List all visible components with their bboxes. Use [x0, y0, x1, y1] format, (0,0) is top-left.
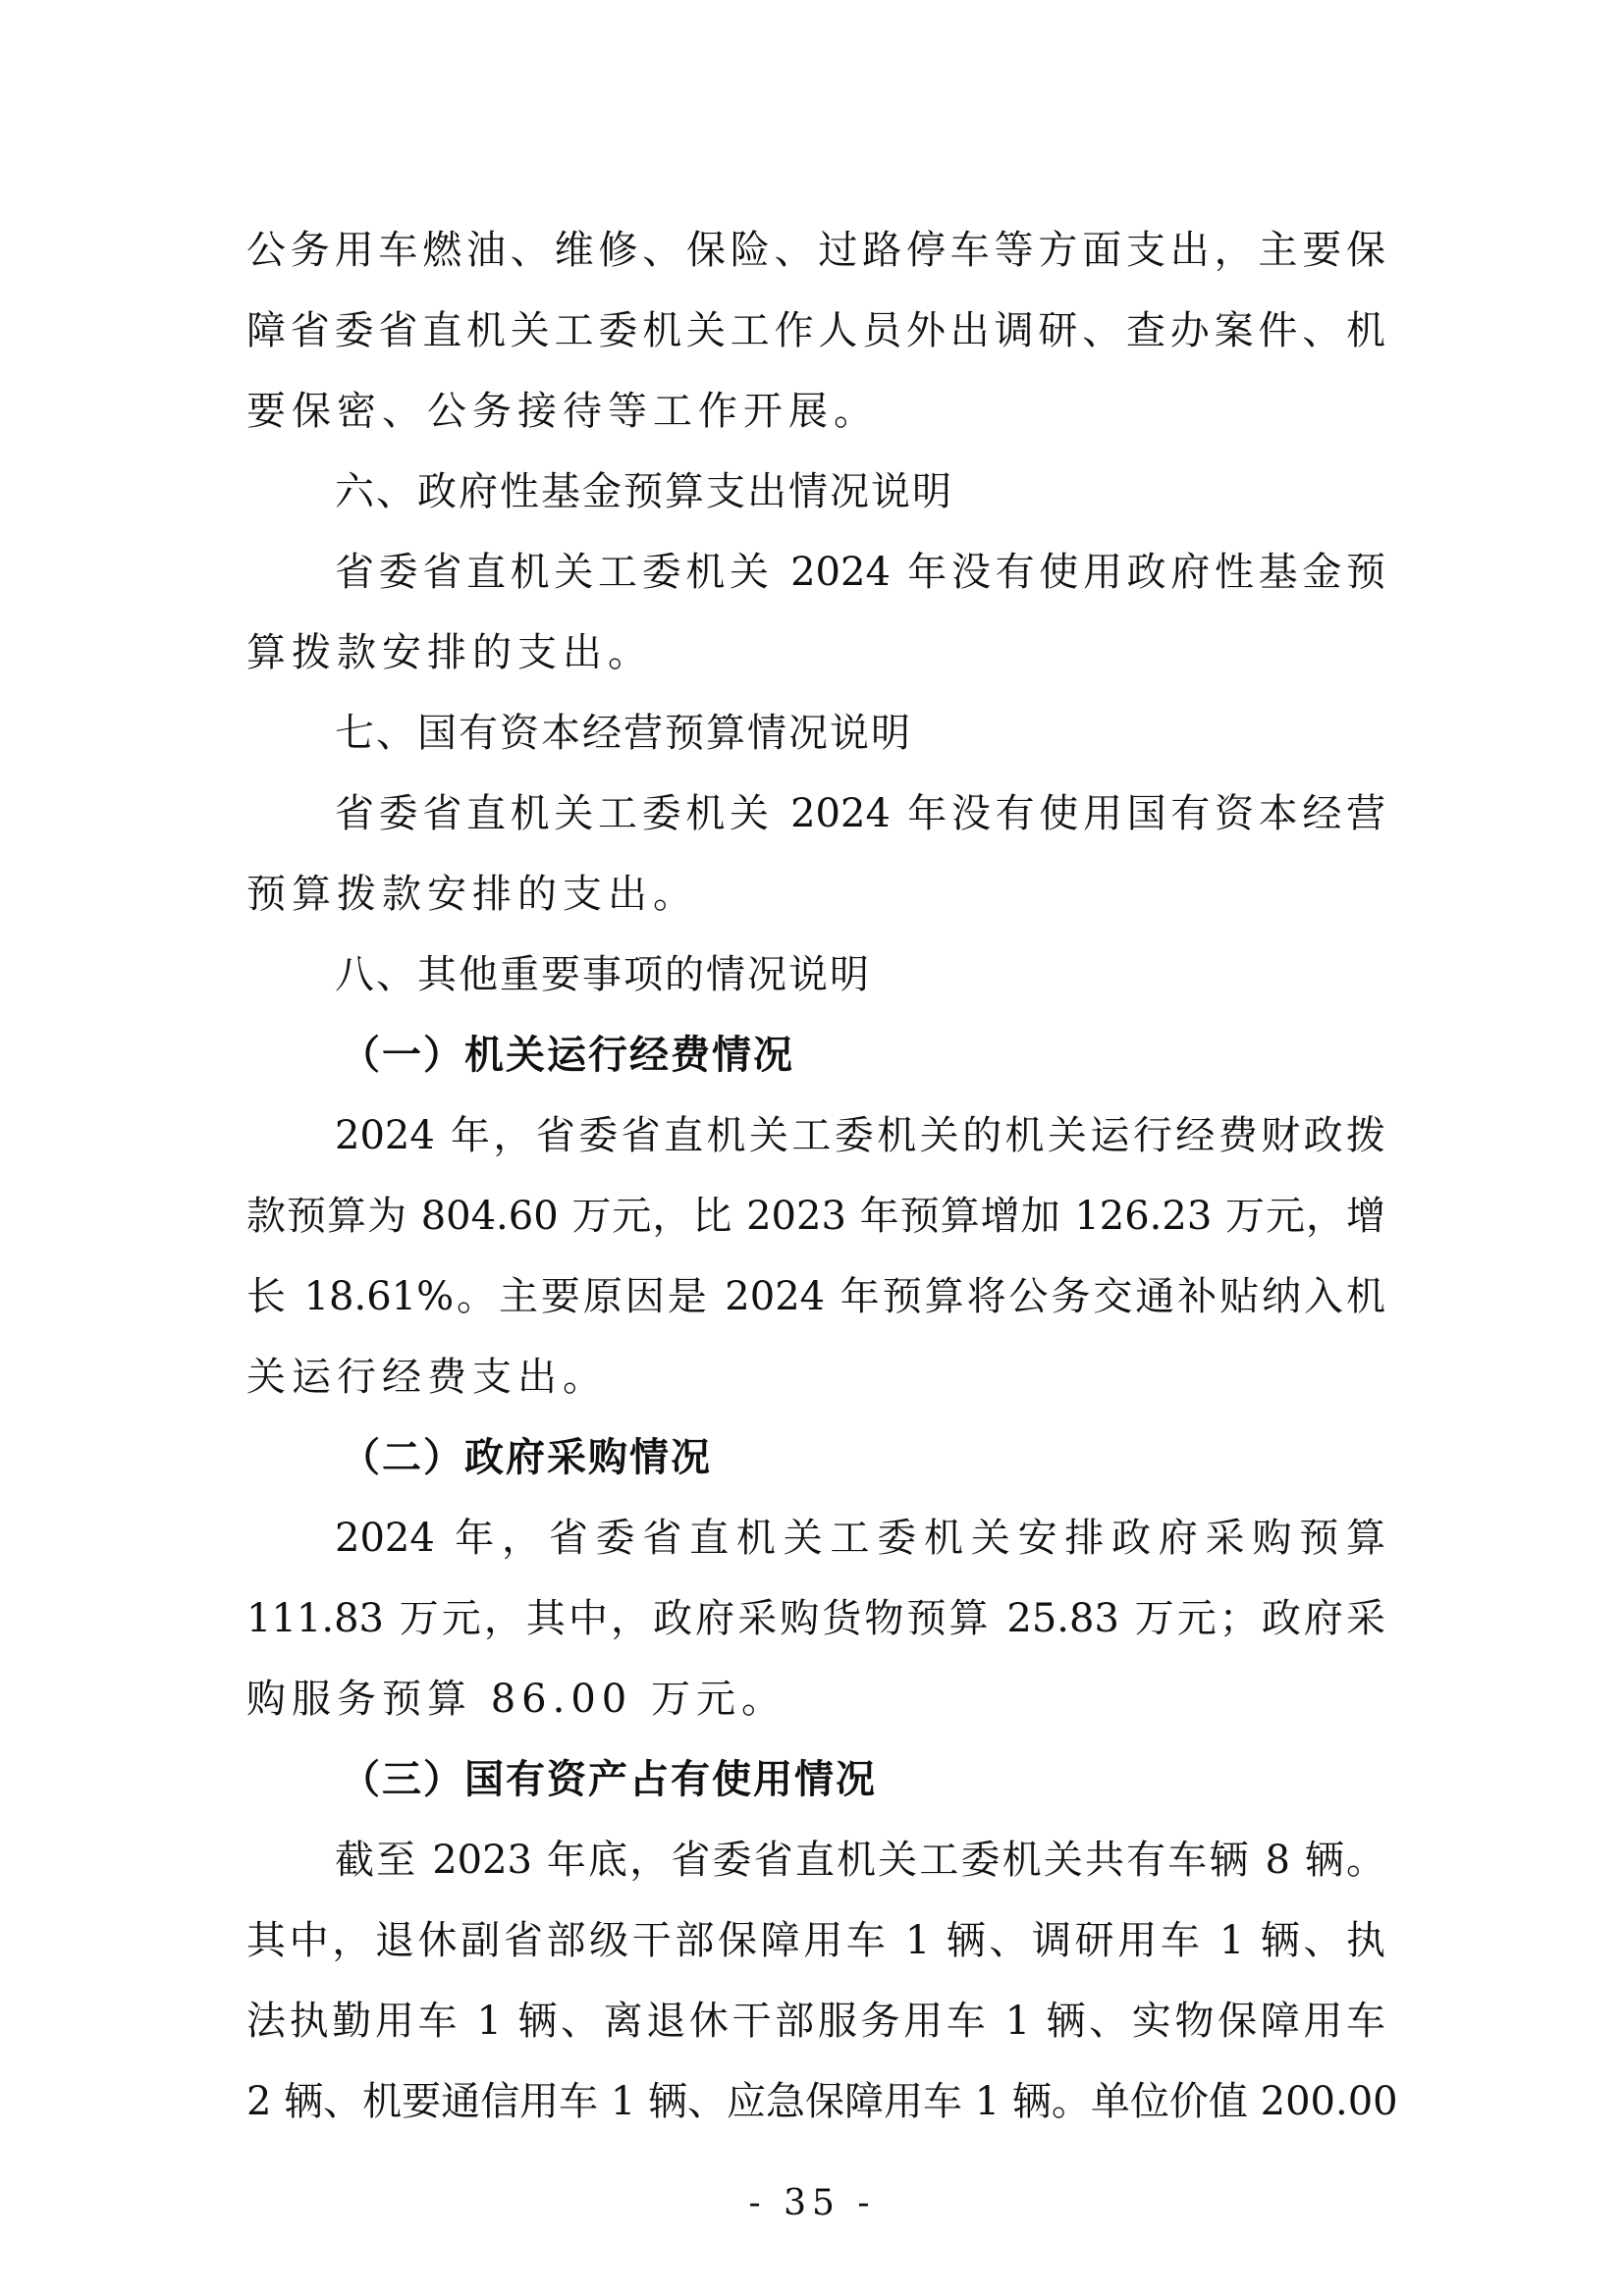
paragraph-line: 公务用车燃油、维修、保险、过路停车等方面支出，主要保	[246, 210, 1385, 291]
paragraph-line: 要保密、公务接待等工作开展。	[246, 371, 1385, 452]
paragraph-line: 省委省直机关工委机关 2024 年没有使用国有资本经营	[335, 774, 1385, 854]
paragraph-line: 长 18.61%。主要原因是 2024 年预算将公务交通补贴纳入机	[246, 1256, 1385, 1337]
paragraph-line: 2024 年，省委省直机关工委机关的机关运行经费财政拨	[335, 1095, 1385, 1176]
paragraph-line: 预算拨款安排的支出。	[246, 854, 1385, 934]
subheading-state-assets: （三）国有资产占有使用情况	[341, 1739, 877, 1820]
page-number: - 35 -	[0, 2179, 1624, 2228]
paragraph-line: 款预算为 804.60 万元，比 2023 年预算增加 126.23 万元，增	[246, 1176, 1385, 1256]
paragraph-line: 截至 2023 年底，省委省直机关工委机关共有车辆 8 辆。	[335, 1820, 1385, 1900]
paragraph-line: 关运行经费支出。	[246, 1337, 1385, 1417]
paragraph-line: 省委省直机关工委机关 2024 年没有使用政府性基金预	[335, 532, 1385, 613]
section-heading-8: 八、其他重要事项的情况说明	[335, 934, 871, 1015]
paragraph-line: 其中，退休副省部级干部保障用车 1 辆、调研用车 1 辆、执	[246, 1900, 1385, 1981]
paragraph-line: 2 辆、机要通信用车 1 辆、应急保障用车 1 辆。单位价值 200.00	[246, 2061, 1385, 2142]
paragraph-line: 111.83 万元，其中，政府采购货物预算 25.83 万元；政府采	[246, 1578, 1385, 1659]
paragraph-line: 障省委省直机关工委机关工作人员外出调研、查办案件、机	[246, 291, 1385, 371]
subheading-procurement: （二）政府采购情况	[341, 1417, 712, 1498]
section-heading-6: 六、政府性基金预算支出情况说明	[335, 452, 953, 532]
paragraph-line: 法执勤用车 1 辆、离退休干部服务用车 1 辆、实物保障用车	[246, 1981, 1385, 2061]
paragraph-line: 算拨款安排的支出。	[246, 613, 1385, 693]
section-heading-7: 七、国有资本经营预算情况说明	[335, 693, 912, 774]
paragraph-line: 2024 年，省委省直机关工委机关安排政府采购预算	[335, 1498, 1385, 1578]
subheading-operating-expenses: （一）机关运行经费情况	[341, 1015, 794, 1095]
paragraph-line: 购服务预算 86.00 万元。	[246, 1659, 1385, 1739]
